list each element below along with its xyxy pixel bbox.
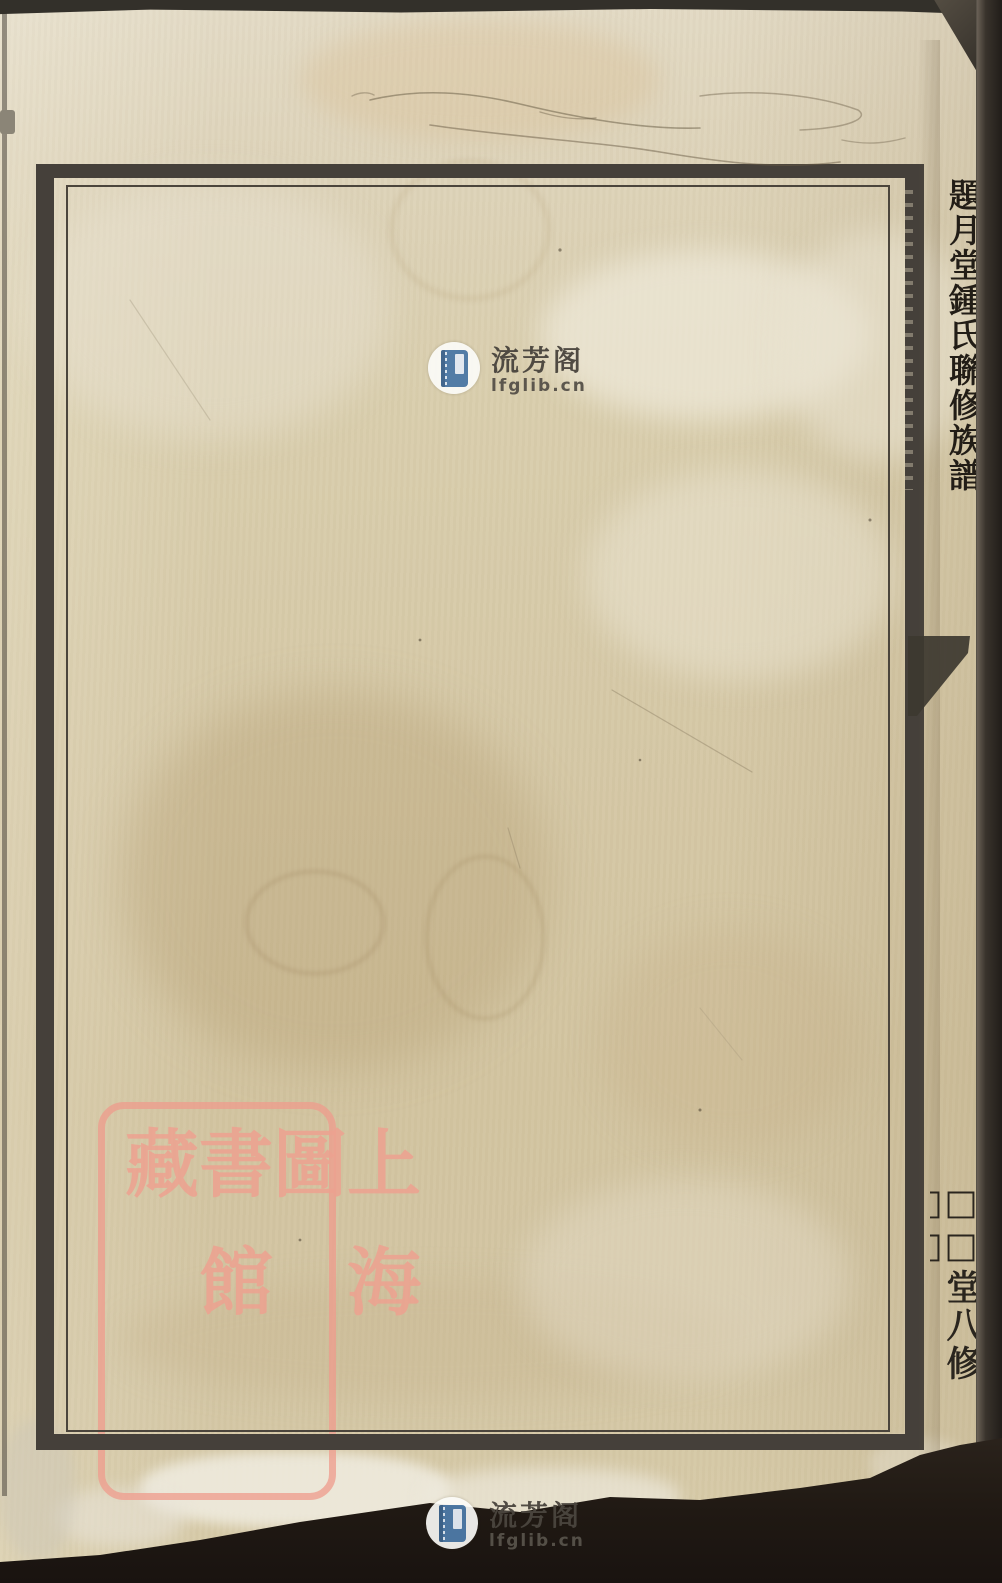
watermark-circle xyxy=(428,342,480,394)
border-wear-marks xyxy=(905,190,913,490)
spine-colophon-text: □□堂八修□□ xyxy=(930,1183,978,1461)
left-page-edge-line xyxy=(2,8,7,1496)
watermark-url-text: lfglib.cn xyxy=(491,377,587,397)
watermark-brand-text: 流芳阁 xyxy=(489,1501,585,1530)
book-icon xyxy=(439,1505,466,1542)
watermark-url-text: lfglib.cn xyxy=(489,1532,585,1552)
right-edge-band xyxy=(976,0,1002,1583)
watermark-brand-text: 流芳阁 xyxy=(491,346,587,375)
watermark-center: 流芳阁 lfglib.cn xyxy=(428,342,587,397)
watermark-bottom: 流芳阁 lfglib.cn xyxy=(426,1497,585,1552)
book-icon xyxy=(441,350,468,387)
book-page-scan: 書館藏 上海圖 題月堂鍾氏聯修族譜 □□堂八修□□ xyxy=(0,0,1002,1583)
spine-title-text: 題月堂鍾氏聯修族譜 xyxy=(936,178,980,496)
watermark-texts: 流芳阁 lfglib.cn xyxy=(489,1501,585,1552)
watermark-texts: 流芳阁 lfglib.cn xyxy=(491,346,587,397)
watermark-circle xyxy=(426,1497,478,1549)
left-edge-blob xyxy=(0,110,15,134)
